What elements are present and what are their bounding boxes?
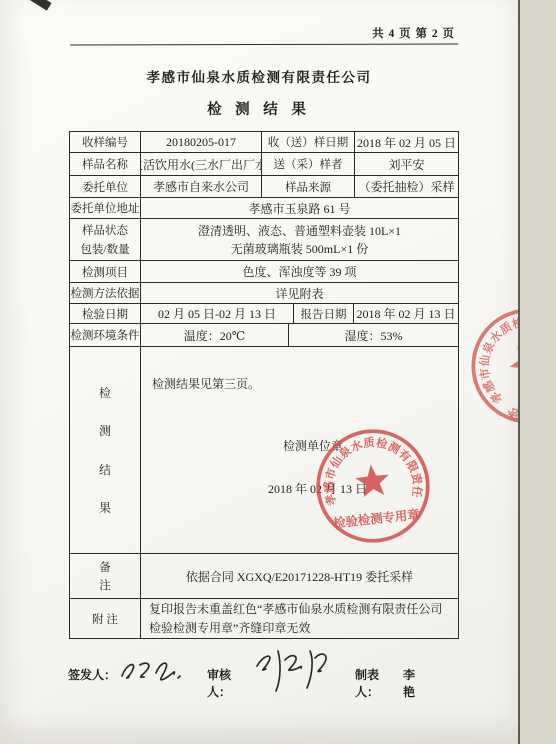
scan-corner-artifact — [26, 0, 51, 11]
receipt-number-value: 20180205-017 — [141, 132, 262, 152]
method-basis-label: 检测方法依据 — [70, 283, 141, 303]
humidity-value: 湿度：53% — [289, 324, 458, 346]
seal-star-icon — [354, 463, 391, 498]
table-row: 检验日期 02 月 05 日-02 月 13 日 报告日期 2018 年 02 … — [70, 304, 458, 324]
method-basis-value: 详见附表 — [141, 283, 458, 303]
result-note: 检测结果见第三页。 — [152, 375, 260, 392]
preparer-name: 李艳 — [403, 666, 415, 700]
document-title: 检 测 结 果 — [0, 98, 518, 119]
receive-date-label: 收（送）样日期 — [262, 132, 355, 152]
page-indicator: 共 4 页 第 2 页 — [0, 25, 455, 41]
company-title: 孝感市仙泉水质检测有限责任公司 — [0, 66, 518, 86]
sample-name-value: 生活饮用水(三水厂出厂水) — [141, 153, 262, 175]
sample-name-label: 样品名称 — [70, 153, 141, 175]
table-row: 备 注 依据合同 XGXQ/E20171228-HT19 委托采样 — [70, 554, 458, 599]
sample-state-label-line1: 样品状态 — [82, 222, 128, 238]
seam-seal-type-text: 检验检测专用章 — [505, 364, 520, 424]
issuer-signature — [116, 656, 188, 688]
environment-label: 检测环境条件 — [70, 324, 141, 346]
temperature-value: 温度：20℃ — [141, 324, 289, 346]
table-row: 附 注 复印报告未重盖红色“孝感市仙泉水质检测有限责任公司检验检测专用章”齐缝印… — [70, 599, 458, 638]
table-row: 样品状态 包装/数量 澄清透明、液态、普通塑料壶装 10L×1 无菌玻璃瓶装 5… — [70, 219, 458, 261]
result-section-label: 检 测 结 果 — [70, 347, 141, 553]
client-label: 委托单位 — [70, 176, 141, 197]
note-label: 附 注 — [70, 599, 141, 638]
preparer-label: 制表人： — [355, 666, 379, 700]
sample-state-value-line2: 无菌玻璃瓶装 500mL×1 份 — [231, 240, 368, 257]
scanned-report-page: 共 4 页 第 2 页 孝感市仙泉水质检测有限责任公司 检 测 结 果 收样编号… — [0, 0, 520, 744]
table-row: 收样编号 20180205-017 收（送）样日期 2018 年 02 月 05… — [70, 132, 458, 153]
client-value: 孝感市自来水公司 — [141, 176, 262, 197]
test-items-value: 色度、浑浊度等 39 项 — [141, 261, 458, 282]
sample-state-value: 澄清透明、液态、普通塑料壶装 10L×1 无菌玻璃瓶装 500mL×1 份 — [141, 219, 458, 260]
remark-label: 备 注 — [70, 554, 141, 598]
test-date-label: 检验日期 — [70, 304, 141, 323]
test-items-label: 检测项目 — [70, 261, 141, 282]
test-date-value: 02 月 05 日-02 月 13 日 — [141, 304, 294, 323]
table-row: 样品名称 生活饮用水(三水厂出厂水) 送（采）样者 刘平安 — [70, 153, 458, 176]
reviewer-signature — [250, 646, 336, 694]
seam-seal-star-icon — [503, 338, 520, 383]
table-row: 检测项目 色度、浑浊度等 39 项 — [70, 261, 458, 283]
header-rule — [70, 43, 458, 45]
report-date-label: 报告日期 — [294, 304, 354, 323]
report-date-value: 2018 年 02 月 13 日 — [354, 304, 458, 323]
result-content-cell: 检测结果见第三页。 检测单位章 2018 年 02 月 13 日 孝感市仙泉水质… — [141, 347, 458, 553]
signature-line: 签发人： 审核人： 制表人：李艳 — [68, 666, 116, 683]
table-row: 委托单位地址 孝感市玉泉路 61 号 — [70, 198, 458, 219]
sample-state-label-line2: 包装/数量 — [80, 241, 129, 257]
table-row: 检测方法依据 详见附表 — [70, 283, 458, 304]
note-value: 复印报告未重盖红色“孝感市仙泉水质检测有限责任公司检验检测专用章”齐缝印章无效 — [141, 599, 458, 638]
sample-source-label: 样品来源 — [262, 176, 355, 197]
client-address-value: 孝感市玉泉路 61 号 — [141, 198, 458, 218]
sampler-value: 刘平安 — [355, 153, 458, 175]
receipt-number-label: 收样编号 — [70, 132, 141, 152]
sample-source-value: （委托抽检）采样 — [355, 176, 458, 197]
table-row-result: 检 测 结 果 检测结果见第三页。 检测单位章 2018 年 02 月 13 日… — [70, 347, 458, 554]
issuer-label: 签发人： — [68, 668, 116, 682]
report-info-table: 收样编号 20180205-017 收（送）样日期 2018 年 02 月 05… — [69, 131, 459, 639]
table-row: 委托单位 孝感市自来水公司 样品来源 （委托抽检）采样 — [70, 176, 458, 198]
sampler-label: 送（采）样者 — [262, 153, 355, 175]
reviewer-label: 审核人： — [207, 666, 231, 700]
receive-date-value: 2018 年 02 月 05 日 — [355, 132, 458, 152]
sample-state-label: 样品状态 包装/数量 — [70, 219, 141, 260]
remark-value: 依据合同 XGXQ/E20171228-HT19 委托采样 — [141, 554, 458, 598]
client-address-label: 委托单位地址 — [70, 198, 141, 218]
table-row: 检测环境条件 温度：20℃ 湿度：53% — [70, 324, 458, 347]
sample-state-value-line1: 澄清透明、液态、普通塑料壶装 10L×1 — [198, 222, 401, 239]
official-seal: 孝感市仙泉水质检测有限责任公司 检验检测专用章 — [305, 418, 441, 553]
